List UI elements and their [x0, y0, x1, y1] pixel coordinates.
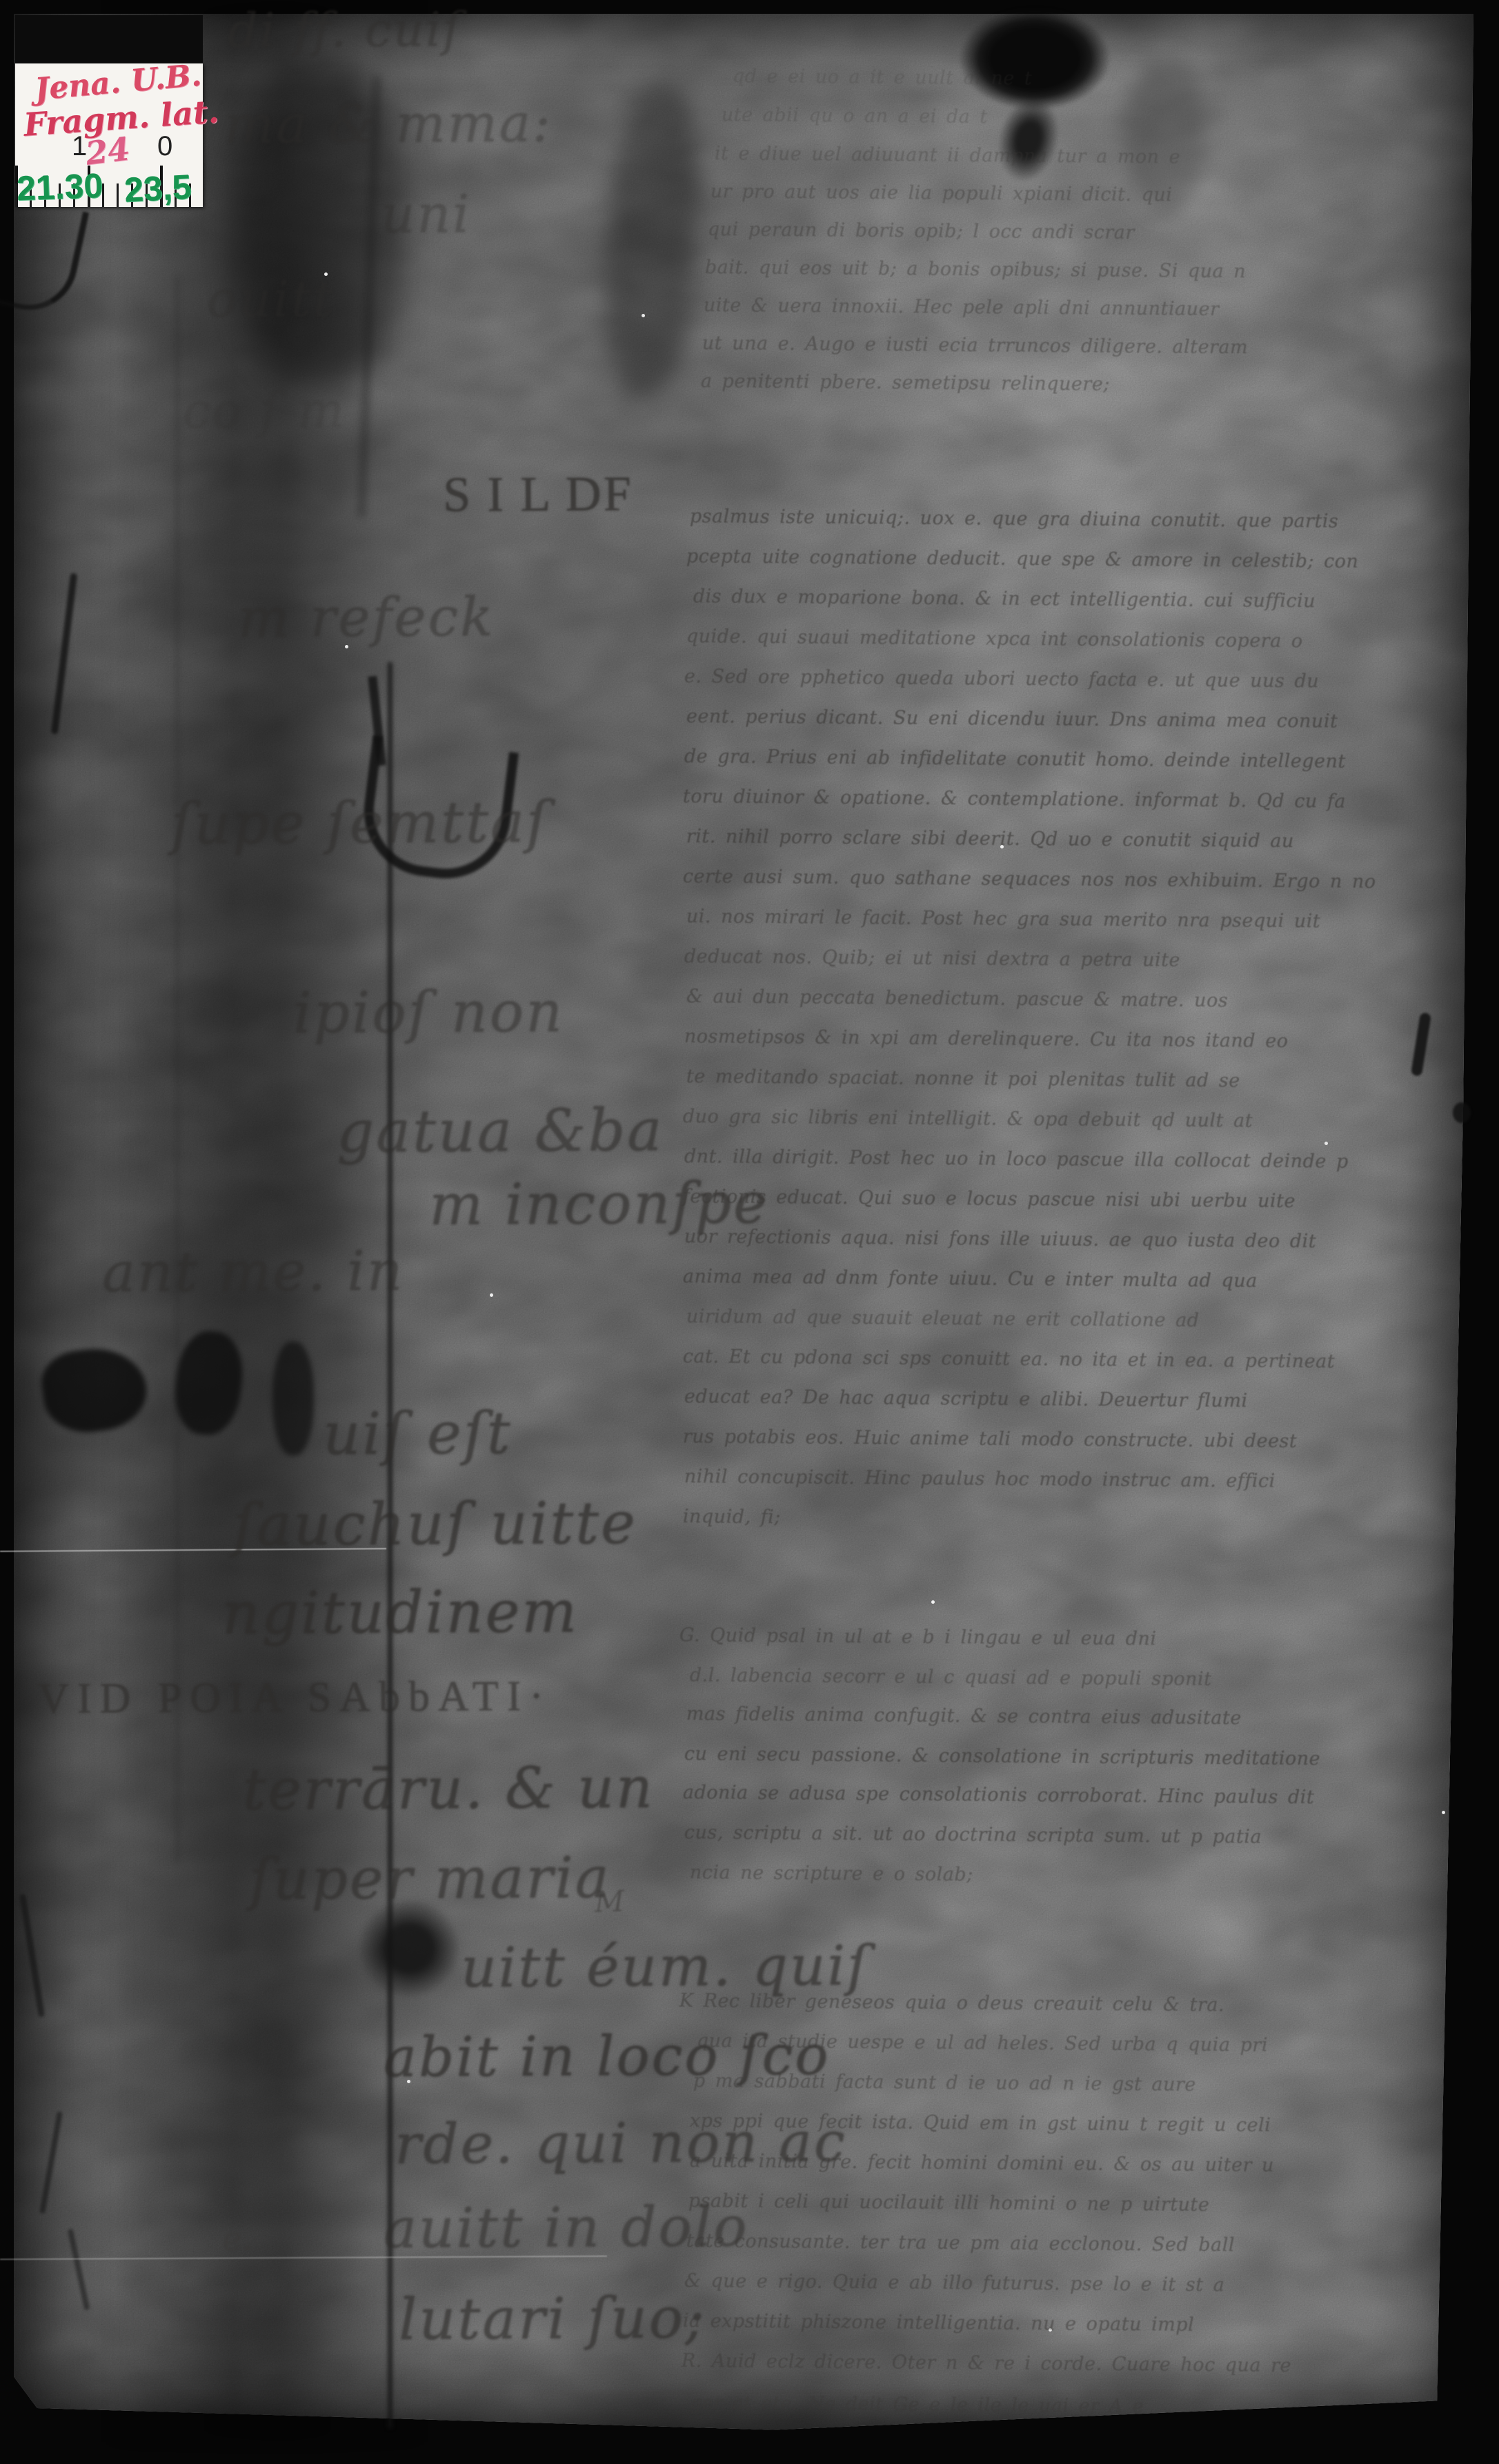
archive-label: Jena. U.B. Fragm. lat. 24 1 0 21.30 23,5 — [15, 15, 203, 207]
manuscript-line: M — [594, 1884, 625, 1918]
ruler-scale: 1 0 21.30 23,5 — [15, 164, 203, 207]
label-dimension-green: 23,5 — [123, 166, 192, 210]
marginal-marks: Me. — [0, 0, 1499, 2464]
label-top-bar — [15, 15, 203, 63]
manuscript-photograph: { "archive_label": { "line1": "Jena. U.B… — [0, 0, 1499, 2464]
label-dimension-green: 21.30 — [16, 166, 103, 208]
ruler-number: 0 — [157, 131, 172, 162]
manuscript-line: e. — [221, 2219, 253, 2258]
label-card: Jena. U.B. Fragm. lat. 24 1 0 21.30 23,5 — [15, 63, 203, 207]
ruler-number: 1 — [72, 131, 87, 162]
